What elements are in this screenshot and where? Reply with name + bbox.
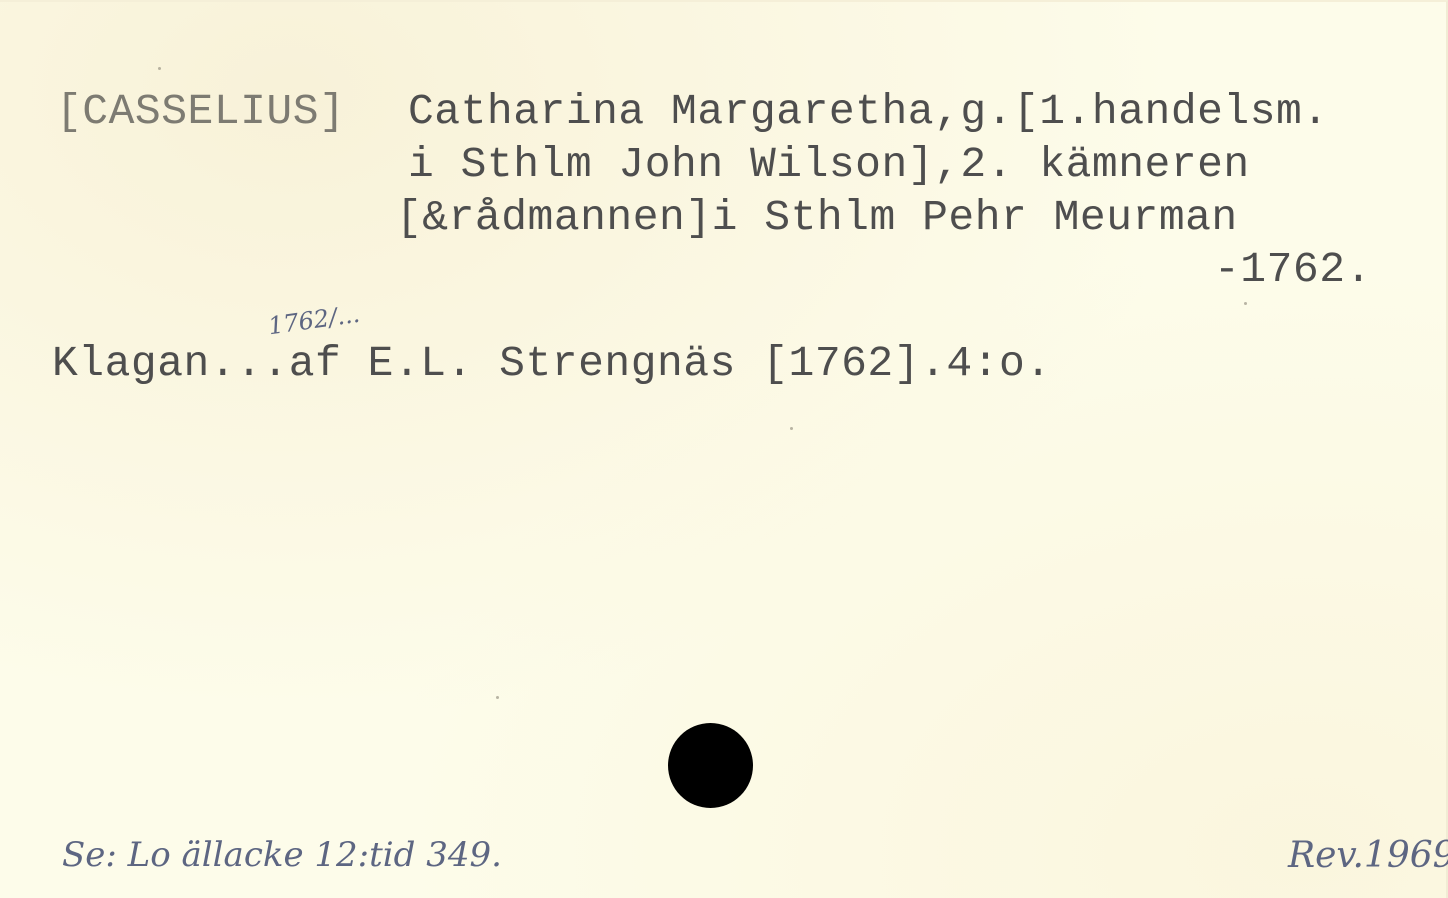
catalog-card: [CASSELIUS] Catharina Margaretha,g.[1.ha… <box>0 0 1448 898</box>
revision-note: Rev.1969 <box>1288 838 1448 874</box>
heading-name: [CASSELIUS] <box>56 90 345 133</box>
punch-hole <box>668 723 753 808</box>
handwritten-reference: Se: Lo ällacke 12:tid 349. <box>62 838 502 872</box>
heading-line-3: [&rådmannen]i Sthlm Pehr Meurman <box>396 196 1238 239</box>
title-entry: Klagan...af E.L. Strengnäs [1762].4:o. <box>52 342 1052 385</box>
handwritten-date-annotation: 1762/... <box>267 302 362 339</box>
paper-speck <box>1244 302 1247 305</box>
heading-line-2: i Sthlm John Wilson],2. kämneren <box>408 143 1250 186</box>
paper-speck <box>496 696 499 699</box>
paper-speck <box>790 427 793 430</box>
paper-speck <box>158 67 161 70</box>
heading-date: -1762. <box>1214 248 1372 291</box>
heading-line-1: Catharina Margaretha,g.[1.handelsm. <box>408 90 1329 133</box>
